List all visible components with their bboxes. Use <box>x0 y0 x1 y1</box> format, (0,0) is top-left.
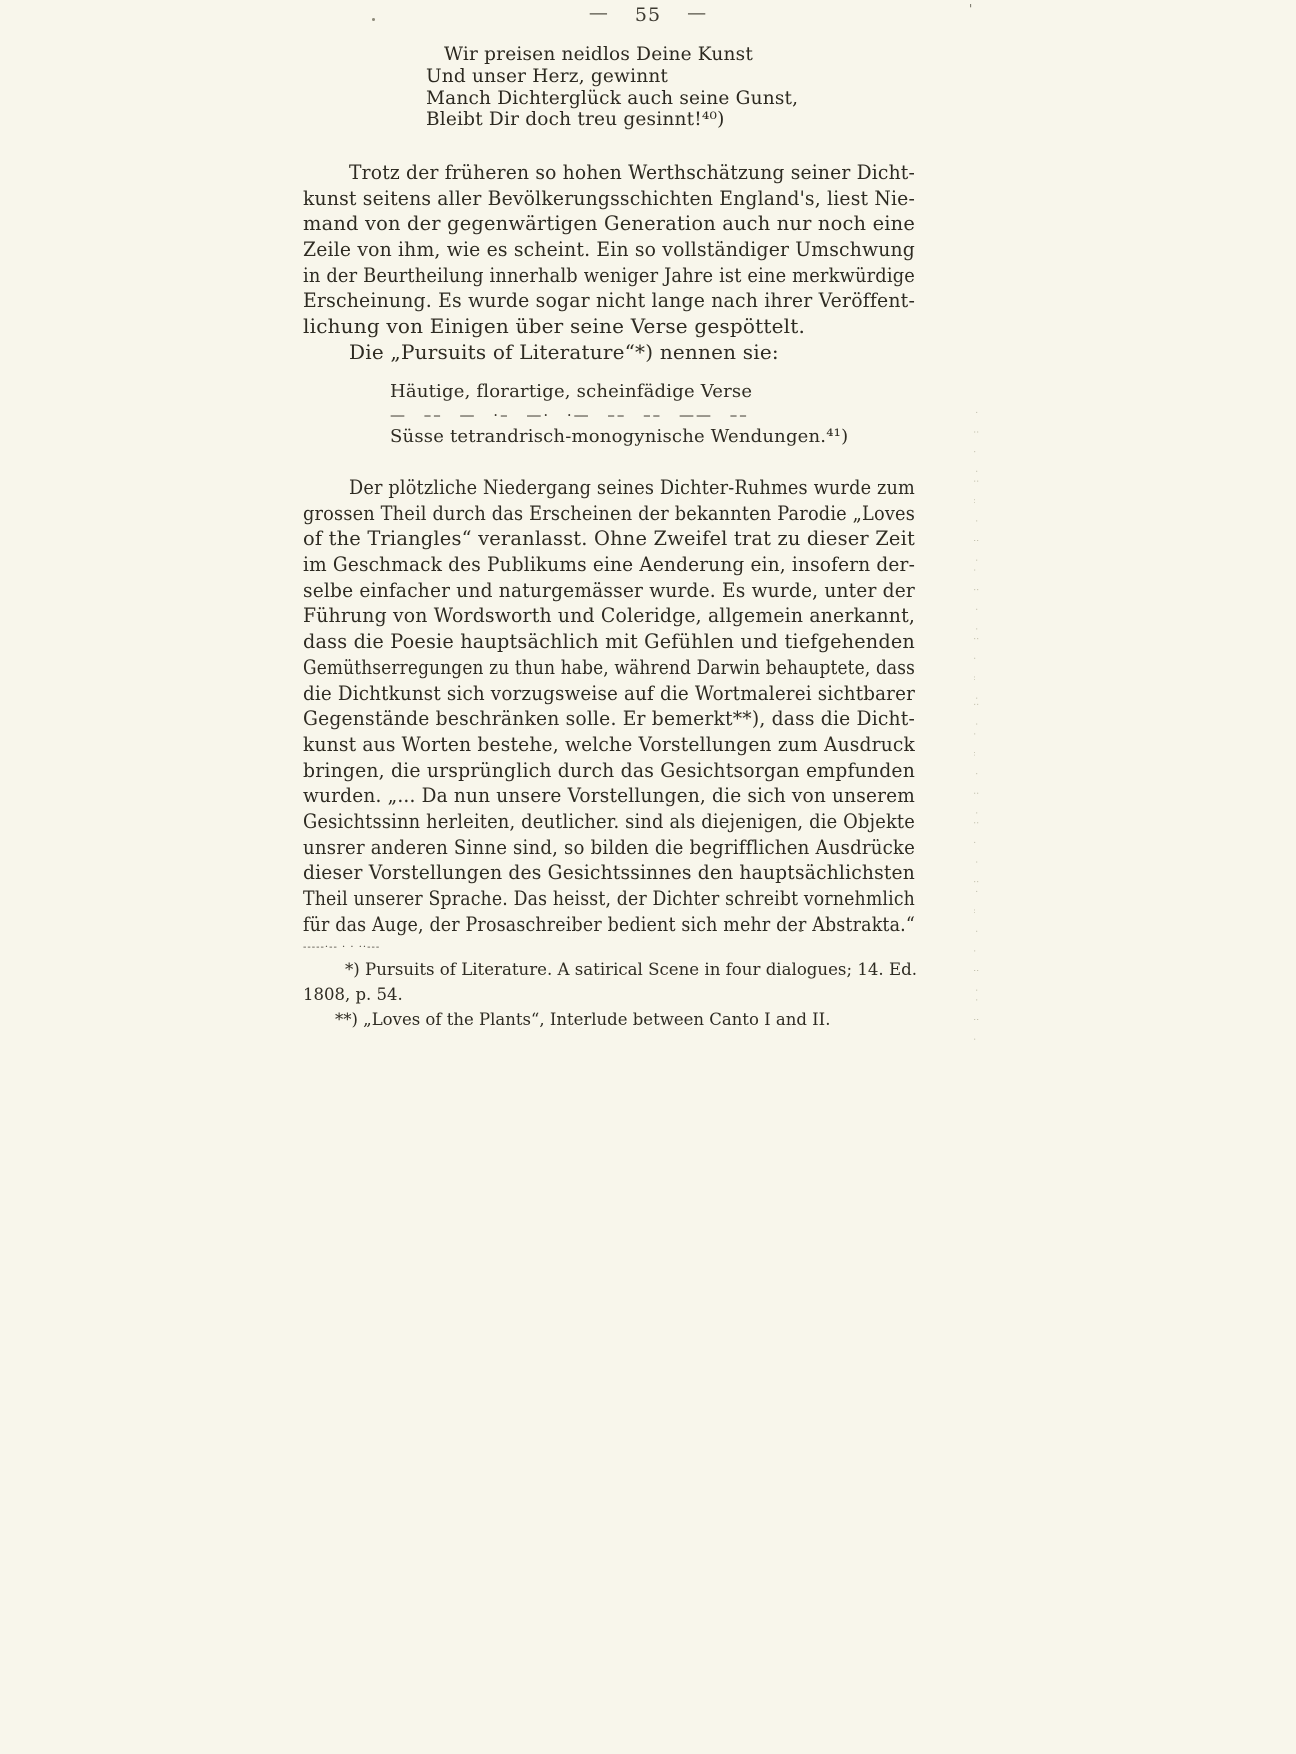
footnote-1-line: 1808, p. 54. <box>303 985 917 1010</box>
text-line: mand von der gegenwärtigen Generation au… <box>303 211 915 237</box>
text-line: Führung von Wordsworth und Coleridge, al… <box>303 603 915 629</box>
footnotes: -----·-- · · ··--- *) Pursuits of Litera… <box>303 942 917 1035</box>
text-line: Zeile von ihm, wie es scheint. Ein so vo… <box>303 237 915 263</box>
text-line: kunst aus Worten bestehe, welche Vorstel… <box>303 732 915 758</box>
paragraph-1: Trotz der früheren so hohen Werthschätzu… <box>303 160 915 366</box>
scanned-book-page: —55— Wir preisen neidlos Deine Kunst Und… <box>0 0 1296 1754</box>
text-line: lichung von Einigen über seine Verse ges… <box>303 314 915 340</box>
text-line: für das Auge, der Prosaschreiber bedient… <box>303 912 915 938</box>
text-line: bringen, die ursprünglich durch das Gesi… <box>303 758 915 784</box>
poem-line: Wir preisen neidlos Deine Kunst <box>426 44 798 66</box>
text-line: of the Triangles“ veranlasst. Ohne Zweif… <box>303 526 915 552</box>
scan-speck <box>372 18 375 21</box>
stray-mark: ' <box>969 2 972 16</box>
text-line: Die „Pursuits of Literature“*) nennen si… <box>303 340 915 366</box>
text-line: Gemüthserregungen zu thun habe, während … <box>303 655 915 681</box>
text-line: die Dichtkunst sich vorzugsweise auf die… <box>303 681 915 707</box>
verse-line: Häutige, florartige, scheinfädige Verse <box>390 381 848 404</box>
paragraph-2: Der plötzliche Niedergang seines Dichter… <box>303 475 915 937</box>
poem-line: Bleibt Dir doch treu gesinnt!⁴⁰) <box>426 109 798 131</box>
text-line: grossen Theil durch das Erscheinen der b… <box>303 501 915 527</box>
text-line: selbe einfacher und naturgemässer wurde.… <box>303 578 915 604</box>
page-showthrough-marks: : ·. ‥ · : ·: . · :· ‥ · . : ·· : . <box>972 702 981 1047</box>
page-showthrough-marks: · : . ·: ‥ · : ·. : · ·: . ‥ · <box>972 410 981 706</box>
verse-dash-line: — –– — ·– —· ·— –– –– —— –– <box>390 404 848 427</box>
text-line: Erscheinung. Es wurde sogar nicht lange … <box>303 288 915 314</box>
text-line: Theil unserer Sprache. Das heisst, der D… <box>303 886 915 912</box>
text-line: unsrer anderen Sinne sind, so bilden die… <box>303 835 915 861</box>
text-line: Gegenstände beschränken solle. Er bemerk… <box>303 706 915 732</box>
page-header: —55— <box>0 4 1296 26</box>
page-number: 55 <box>635 4 661 26</box>
text-line: in der Beurtheilung innerhalb weniger Ja… <box>303 263 915 289</box>
text-line: Gesichtssinn herleiten, deutlicher. sind… <box>303 809 915 835</box>
verse-line: Süsse tetrandrisch-monogynische Wendunge… <box>390 426 848 449</box>
footnote-1-line: *) Pursuits of Literature. A satirical S… <box>303 960 917 985</box>
footnote-2-line: **) „Loves of the Plants“, Interlude bet… <box>303 1010 917 1035</box>
poem-line: Und unser Herz, gewinnt <box>426 66 798 88</box>
text-line: dieser Vorstellungen des Gesichtssinnes … <box>303 860 915 886</box>
text-line: kunst seitens aller Bevölkerungsschichte… <box>303 186 915 212</box>
text-line: Der plötzliche Niedergang seines Dichter… <box>303 475 915 501</box>
scan-speck <box>799 929 802 932</box>
text-line: wurden. „... Da nun unsere Vorstellungen… <box>303 783 915 809</box>
footnote-separator: -----·-- · · ··--- <box>303 942 917 960</box>
text-line: im Geschmack des Publikums eine Aenderun… <box>303 552 915 578</box>
text-line: Trotz der früheren so hohen Werthschätzu… <box>303 160 915 186</box>
text-line: dass die Poesie hauptsächlich mit Gefühl… <box>303 629 915 655</box>
page-header-dash-left: — <box>589 2 609 24</box>
page-header-dash-right: — <box>687 2 707 24</box>
verse-quote: Häutige, florartige, scheinfädige Verse … <box>390 381 848 449</box>
poem-quote: Wir preisen neidlos Deine Kunst Und unse… <box>426 44 798 131</box>
poem-line: Manch Dichterglück auch seine Gunst, <box>426 88 798 110</box>
